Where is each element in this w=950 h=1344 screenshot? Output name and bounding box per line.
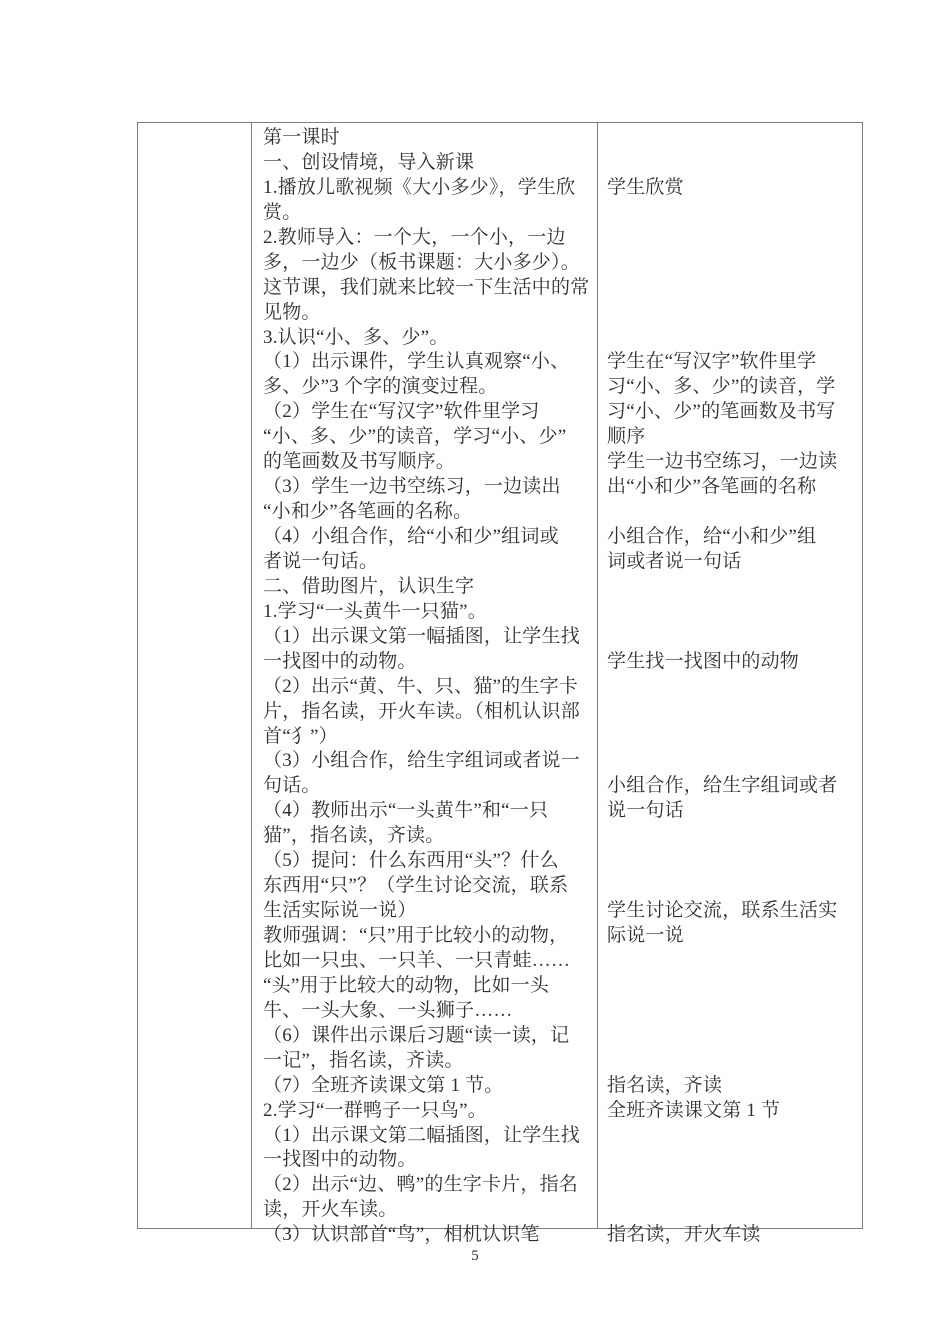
student-activity-cell: 学生讨论交流，联系生活实 <box>607 899 837 924</box>
table-row: 者说一句话。 词或者说一句话 <box>137 550 917 575</box>
student-activity-cell: 学生一边书空练习，一边读 <box>607 450 837 475</box>
teacher-activity-cell: “头”用于比较大的动物，比如一头 <box>263 974 549 999</box>
teacher-activity-cell: （7）全班齐读课文第 1 节。 <box>263 1074 504 1099</box>
teacher-activity-cell: 一找图中的动物。 <box>263 1148 417 1173</box>
teacher-activity-cell: 一记”，指名读，齐读。 <box>263 1049 464 1074</box>
student-activity-cell: 说一句话 <box>607 799 684 824</box>
student-activity-cell: 学生找一找图中的动物 <box>607 650 799 675</box>
table-row: 2.教师导入：一个大，一个小，一边 <box>137 226 917 251</box>
table-row: 多，一边少（板书课题：大小多少）。 <box>137 251 917 276</box>
student-activity-cell: 小组合作，给“小和少”组 <box>607 525 816 550</box>
table-row: 1.播放儿歌视频《大小多少》，学生欣 学生欣赏 <box>137 176 917 201</box>
teacher-activity-cell: 生活实际说一说） <box>263 899 417 924</box>
teacher-activity-cell: 1.学习“一头黄牛一只猫”。 <box>263 600 487 625</box>
table-row: 教师强调：“只”用于比较小的动物， 际说一说 <box>137 924 917 949</box>
teacher-activity-cell: （4）教师出示“一头黄牛”和“一只 <box>263 799 548 824</box>
teacher-activity-cell: （2）出示“黄、牛、只、猫”的生字卡 <box>263 675 578 700</box>
student-activity-cell: 际说一说 <box>607 924 684 949</box>
teacher-activity-cell: 1.播放儿歌视频《大小多少》，学生欣 <box>263 176 575 201</box>
teacher-activity-cell: 二、借助图片，认识生字 <box>263 575 474 600</box>
table-row: 生活实际说一说） 学生讨论交流，联系生活实 <box>137 899 917 924</box>
teacher-activity-cell: （3）小组合作，给生字组词或者说一 <box>263 749 580 774</box>
table-row: （4）教师出示“一头黄牛”和“一只 说一句话 <box>137 799 917 824</box>
teacher-activity-cell: 多、少”3 个字的演变过程。 <box>263 375 497 400</box>
teacher-activity-cell: （4）小组合作，给“小和少”组词或 <box>263 525 559 550</box>
teacher-activity-cell: 第一课时 <box>263 126 340 151</box>
table-row: 一、创设情境，导入新课 <box>137 151 917 176</box>
teacher-activity-cell: （2）学生在“写汉字”软件里学习 <box>263 400 540 425</box>
teacher-activity-cell: 牛、一头大象、一头狮子…… <box>263 999 513 1024</box>
student-activity-cell: 出“小和少”各笔画的名称 <box>607 475 816 500</box>
teacher-activity-cell: 句话。 <box>263 774 321 799</box>
student-activity-cell: 小组合作，给生字组词或者 <box>607 774 837 799</box>
teacher-activity-cell: 东西用“只”？（学生讨论交流，联系 <box>263 874 568 899</box>
table-row: （3）学生一边书空练习，一边读出 出“小和少”各笔画的名称 <box>137 475 917 500</box>
teacher-activity-cell: 多，一边少（板书课题：大小多少）。 <box>263 251 580 276</box>
teacher-activity-cell: 2.学习“一群鸭子一只鸟”。 <box>263 1099 487 1124</box>
table-row: （2）出示“黄、牛、只、猫”的生字卡 <box>137 675 917 700</box>
teacher-activity-cell: 者说一句话。 <box>263 550 378 575</box>
teacher-activity-cell: 一、创设情境，导入新课 <box>263 151 474 176</box>
teacher-activity-cell: （2）出示“边、鸭”的生字卡片，指名 <box>263 1173 578 1198</box>
table-row: 3.认识“小、多、少”。 <box>137 326 917 351</box>
table-row: 一记”，指名读，齐读。 <box>137 1049 917 1074</box>
student-activity-cell: 指名读，齐读 <box>607 1074 722 1099</box>
table-rows: 第一课时 一、创设情境，导入新课 1.播放儿歌视频《大小多少》，学生欣 学生欣赏… <box>137 126 917 1248</box>
teacher-activity-cell: 首“犭”） <box>263 725 338 750</box>
teacher-activity-cell: （6）课件出示课后习题“读一读，记 <box>263 1024 569 1049</box>
table-row: “头”用于比较大的动物，比如一头 <box>137 974 917 999</box>
table-row: 一找图中的动物。 <box>137 1148 917 1173</box>
table-row: （2）学生在“写汉字”软件里学习 习“小、少”的笔画数及书写 <box>137 400 917 425</box>
teacher-activity-cell: 赏。 <box>263 201 301 226</box>
table-row: 1.学习“一头黄牛一只猫”。 <box>137 600 917 625</box>
teacher-activity-cell: （1）出示课文第一幅插图，让学生找 <box>263 625 580 650</box>
table-row: 二、借助图片，认识生字 <box>137 575 917 600</box>
teacher-activity-cell: （1）出示课件，学生认真观察“小、 <box>263 350 569 375</box>
table-row: “小、多、少”的读音，学习“小、少” 顺序 <box>137 425 917 450</box>
teacher-activity-cell: 2.教师导入：一个大，一个小，一边 <box>263 226 566 251</box>
teacher-activity-cell: 见物。 <box>263 301 321 326</box>
student-activity-cell: 学生欣赏 <box>607 176 684 201</box>
teacher-activity-cell: 片，指名读，开火车读。（相机认识部 <box>263 700 580 725</box>
table-row: （1）出示课件，学生认真观察“小、 学生在“写汉字”软件里学 <box>137 350 917 375</box>
teacher-activity-cell: （3）认识部首“鸟”，相机认识笔 <box>263 1223 540 1248</box>
table-row: 2.学习“一群鸭子一只鸟”。 全班齐读课文第 1 节 <box>137 1099 917 1124</box>
table-row: 多、少”3 个字的演变过程。 习“小、多、少”的读音，学 <box>137 375 917 400</box>
page-number: 5 <box>0 1247 950 1265</box>
teacher-activity-cell: 这节课，我们就来比较一下生活中的常 <box>263 276 589 301</box>
table-row: （1）出示课文第二幅插图，让学生找 <box>137 1124 917 1149</box>
table-row: 这节课，我们就来比较一下生活中的常 <box>137 276 917 301</box>
table-row: （6）课件出示课后习题“读一读，记 <box>137 1024 917 1049</box>
teacher-activity-cell: 教师强调：“只”用于比较小的动物， <box>263 924 568 949</box>
table-row: “小和少”各笔画的名称。 <box>137 500 917 525</box>
student-activity-cell: 习“小、多、少”的读音，学 <box>607 375 835 400</box>
table-row: 首“犭”） <box>137 725 917 750</box>
table-border-top <box>137 122 863 123</box>
student-activity-cell: 全班齐读课文第 1 节 <box>607 1099 780 1124</box>
table-row: 一找图中的动物。 学生找一找图中的动物 <box>137 650 917 675</box>
table-row: 赏。 <box>137 201 917 226</box>
teacher-activity-cell: 一找图中的动物。 <box>263 650 417 675</box>
table-row: 猫”，指名读，齐读。 <box>137 824 917 849</box>
student-activity-cell: 习“小、少”的笔画数及书写 <box>607 400 835 425</box>
table-row: 句话。 小组合作，给生字组词或者 <box>137 774 917 799</box>
teacher-activity-cell: “小、多、少”的读音，学习“小、少” <box>263 425 566 450</box>
table-row: 见物。 <box>137 301 917 326</box>
table-row: 东西用“只”？（学生讨论交流，联系 <box>137 874 917 899</box>
teacher-activity-cell: “小和少”各笔画的名称。 <box>263 500 472 525</box>
table-row: 比如一只虫、一只羊、一只青蛙…… <box>137 949 917 974</box>
teacher-activity-cell: （3）学生一边书空练习，一边读出 <box>263 475 561 500</box>
table-row: 片，指名读，开火车读。（相机认识部 <box>137 700 917 725</box>
teacher-activity-cell: 比如一只虫、一只羊、一只青蛙…… <box>263 949 570 974</box>
table-row: （3）小组合作，给生字组词或者说一 <box>137 749 917 774</box>
table-row: （2）出示“边、鸭”的生字卡片，指名 <box>137 1173 917 1198</box>
table-row: 读，开火车读。 <box>137 1198 917 1223</box>
table-row: （1）出示课文第一幅插图，让学生找 <box>137 625 917 650</box>
teacher-activity-cell: 的笔画数及书写顺序。 <box>263 450 455 475</box>
student-activity-cell: 指名读，开火车读 <box>607 1223 761 1248</box>
table-row: 牛、一头大象、一头狮子…… <box>137 999 917 1024</box>
table-row: （4）小组合作，给“小和少”组词或 小组合作，给“小和少”组 <box>137 525 917 550</box>
table-row: （7）全班齐读课文第 1 节。 指名读，齐读 <box>137 1074 917 1099</box>
teacher-activity-cell: 猫”，指名读，齐读。 <box>263 824 444 849</box>
document-page: 第一课时 一、创设情境，导入新课 1.播放儿歌视频《大小多少》，学生欣 学生欣赏… <box>0 0 950 1344</box>
student-activity-cell: 词或者说一句话 <box>607 550 741 575</box>
student-activity-cell: 学生在“写汉字”软件里学 <box>607 350 816 375</box>
teacher-activity-cell: （5）提问：什么东西用“头”？什么 <box>263 849 559 874</box>
student-activity-cell: 顺序 <box>607 425 645 450</box>
teacher-activity-cell: 读，开火车读。 <box>263 1198 397 1223</box>
table-row: 第一课时 <box>137 126 917 151</box>
table-row: 的笔画数及书写顺序。 学生一边书空练习，一边读 <box>137 450 917 475</box>
table-row: （5）提问：什么东西用“头”？什么 <box>137 849 917 874</box>
teacher-activity-cell: 3.认识“小、多、少”。 <box>263 326 449 351</box>
teacher-activity-cell: （1）出示课文第二幅插图，让学生找 <box>263 1124 580 1149</box>
table-row: （3）认识部首“鸟”，相机认识笔 指名读，开火车读 <box>137 1223 917 1248</box>
